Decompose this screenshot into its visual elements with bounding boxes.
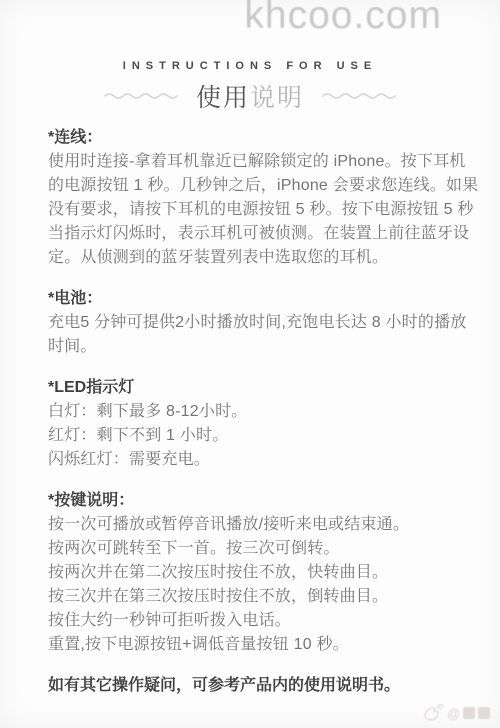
section-line: 白灯：剩下最多 8-12小时。: [48, 400, 464, 424]
section-line: 使用时连接-拿着耳机靠近已解除锁定的 iPhone。按下耳机: [48, 150, 464, 174]
section-heading: *连线：: [48, 126, 464, 150]
section-line: 重置,按下电源按钮+调低音量按钮 10 秒。: [48, 633, 464, 657]
page-title-dark: 使用: [196, 84, 250, 112]
title-row: 使用说明: [0, 78, 500, 114]
instruction-page: khcoo.com INSTRUCTIONS FOR USE 使用说明 *连线：…: [0, 0, 500, 728]
khcoo-watermark: khcoo.com: [244, 0, 442, 38]
page-title-light: 说明: [250, 84, 304, 112]
section-line: 的电源按钮 1 秒。几秒钟之后，iPhone 会要求您连线。如果: [48, 174, 464, 198]
eyebrow-title: INSTRUCTIONS FOR USE: [0, 60, 500, 72]
section-line: 红灯：剩下不到 1 小时。: [48, 424, 464, 448]
section-line: 没有要求，请按下耳机的电源按钮 5 秒。按下电源按钮 5 秒: [48, 198, 464, 222]
section-line: 按两次可跳转至下一首。按三次可倒转。: [48, 537, 464, 561]
instruction-sections: *连线：使用时连接-拿着耳机靠近已解除锁定的 iPhone。按下耳机的电源按钮 …: [48, 126, 464, 698]
section-line: 当指示灯闪烁时，表示耳机可被侦测。在装置上前往蓝牙设: [48, 222, 464, 246]
weibo-handle-blur-2: [478, 707, 490, 719]
section-line: 按一次可播放或暂停音讯播放/接听来电或结束通。: [48, 513, 464, 537]
section-heading: *电池：: [48, 287, 464, 311]
squiggle-left-icon: [104, 91, 178, 101]
section-4: *按键说明：按一次可播放或暂停音讯播放/接听来电或结束通。按两次可跳转至下一首。…: [48, 489, 464, 657]
section-line: 充电5 分钟可提供2小时播放时间,充饱电长达 8 小时的播放: [48, 311, 464, 335]
weibo-handle-at: @: [447, 706, 460, 721]
section-3: *LED指示灯白灯：剩下最多 8-12小时。红灯：剩下不到 1 小时。闪烁红灯：…: [48, 376, 464, 472]
section-line: 按两次并在第二次按压时按住不放，快转曲目。: [48, 561, 464, 585]
section-heading: *LED指示灯: [48, 376, 464, 400]
footer-note: 如有其它操作疑问，可参考产品内的使用说明书。: [48, 674, 464, 698]
weibo-watermark: @: [422, 704, 490, 722]
weibo-handle-blur-1: [463, 707, 475, 719]
section-heading: *按键说明：: [48, 489, 464, 513]
section-2: *电池：充电5 分钟可提供2小时播放时间,充饱电长达 8 小时的播放时间。: [48, 287, 464, 359]
section-line: 按三次并在第三次按压时按住不放，倒转曲目。: [48, 585, 464, 609]
section-line: 按住大约一秒钟可拒听拨入电话。: [48, 609, 464, 633]
weibo-logo-icon: [422, 704, 444, 722]
squiggle-right-icon: [322, 91, 396, 101]
section-line: 时间。: [48, 335, 464, 359]
section-line: 定。从侦测到的蓝牙装置列表中选取您的耳机。: [48, 246, 464, 270]
section-1: *连线：使用时连接-拿着耳机靠近已解除锁定的 iPhone。按下耳机的电源按钮 …: [48, 126, 464, 270]
section-line: 闪烁红灯：需要充电。: [48, 448, 464, 472]
page-title: 使用说明: [196, 78, 304, 114]
